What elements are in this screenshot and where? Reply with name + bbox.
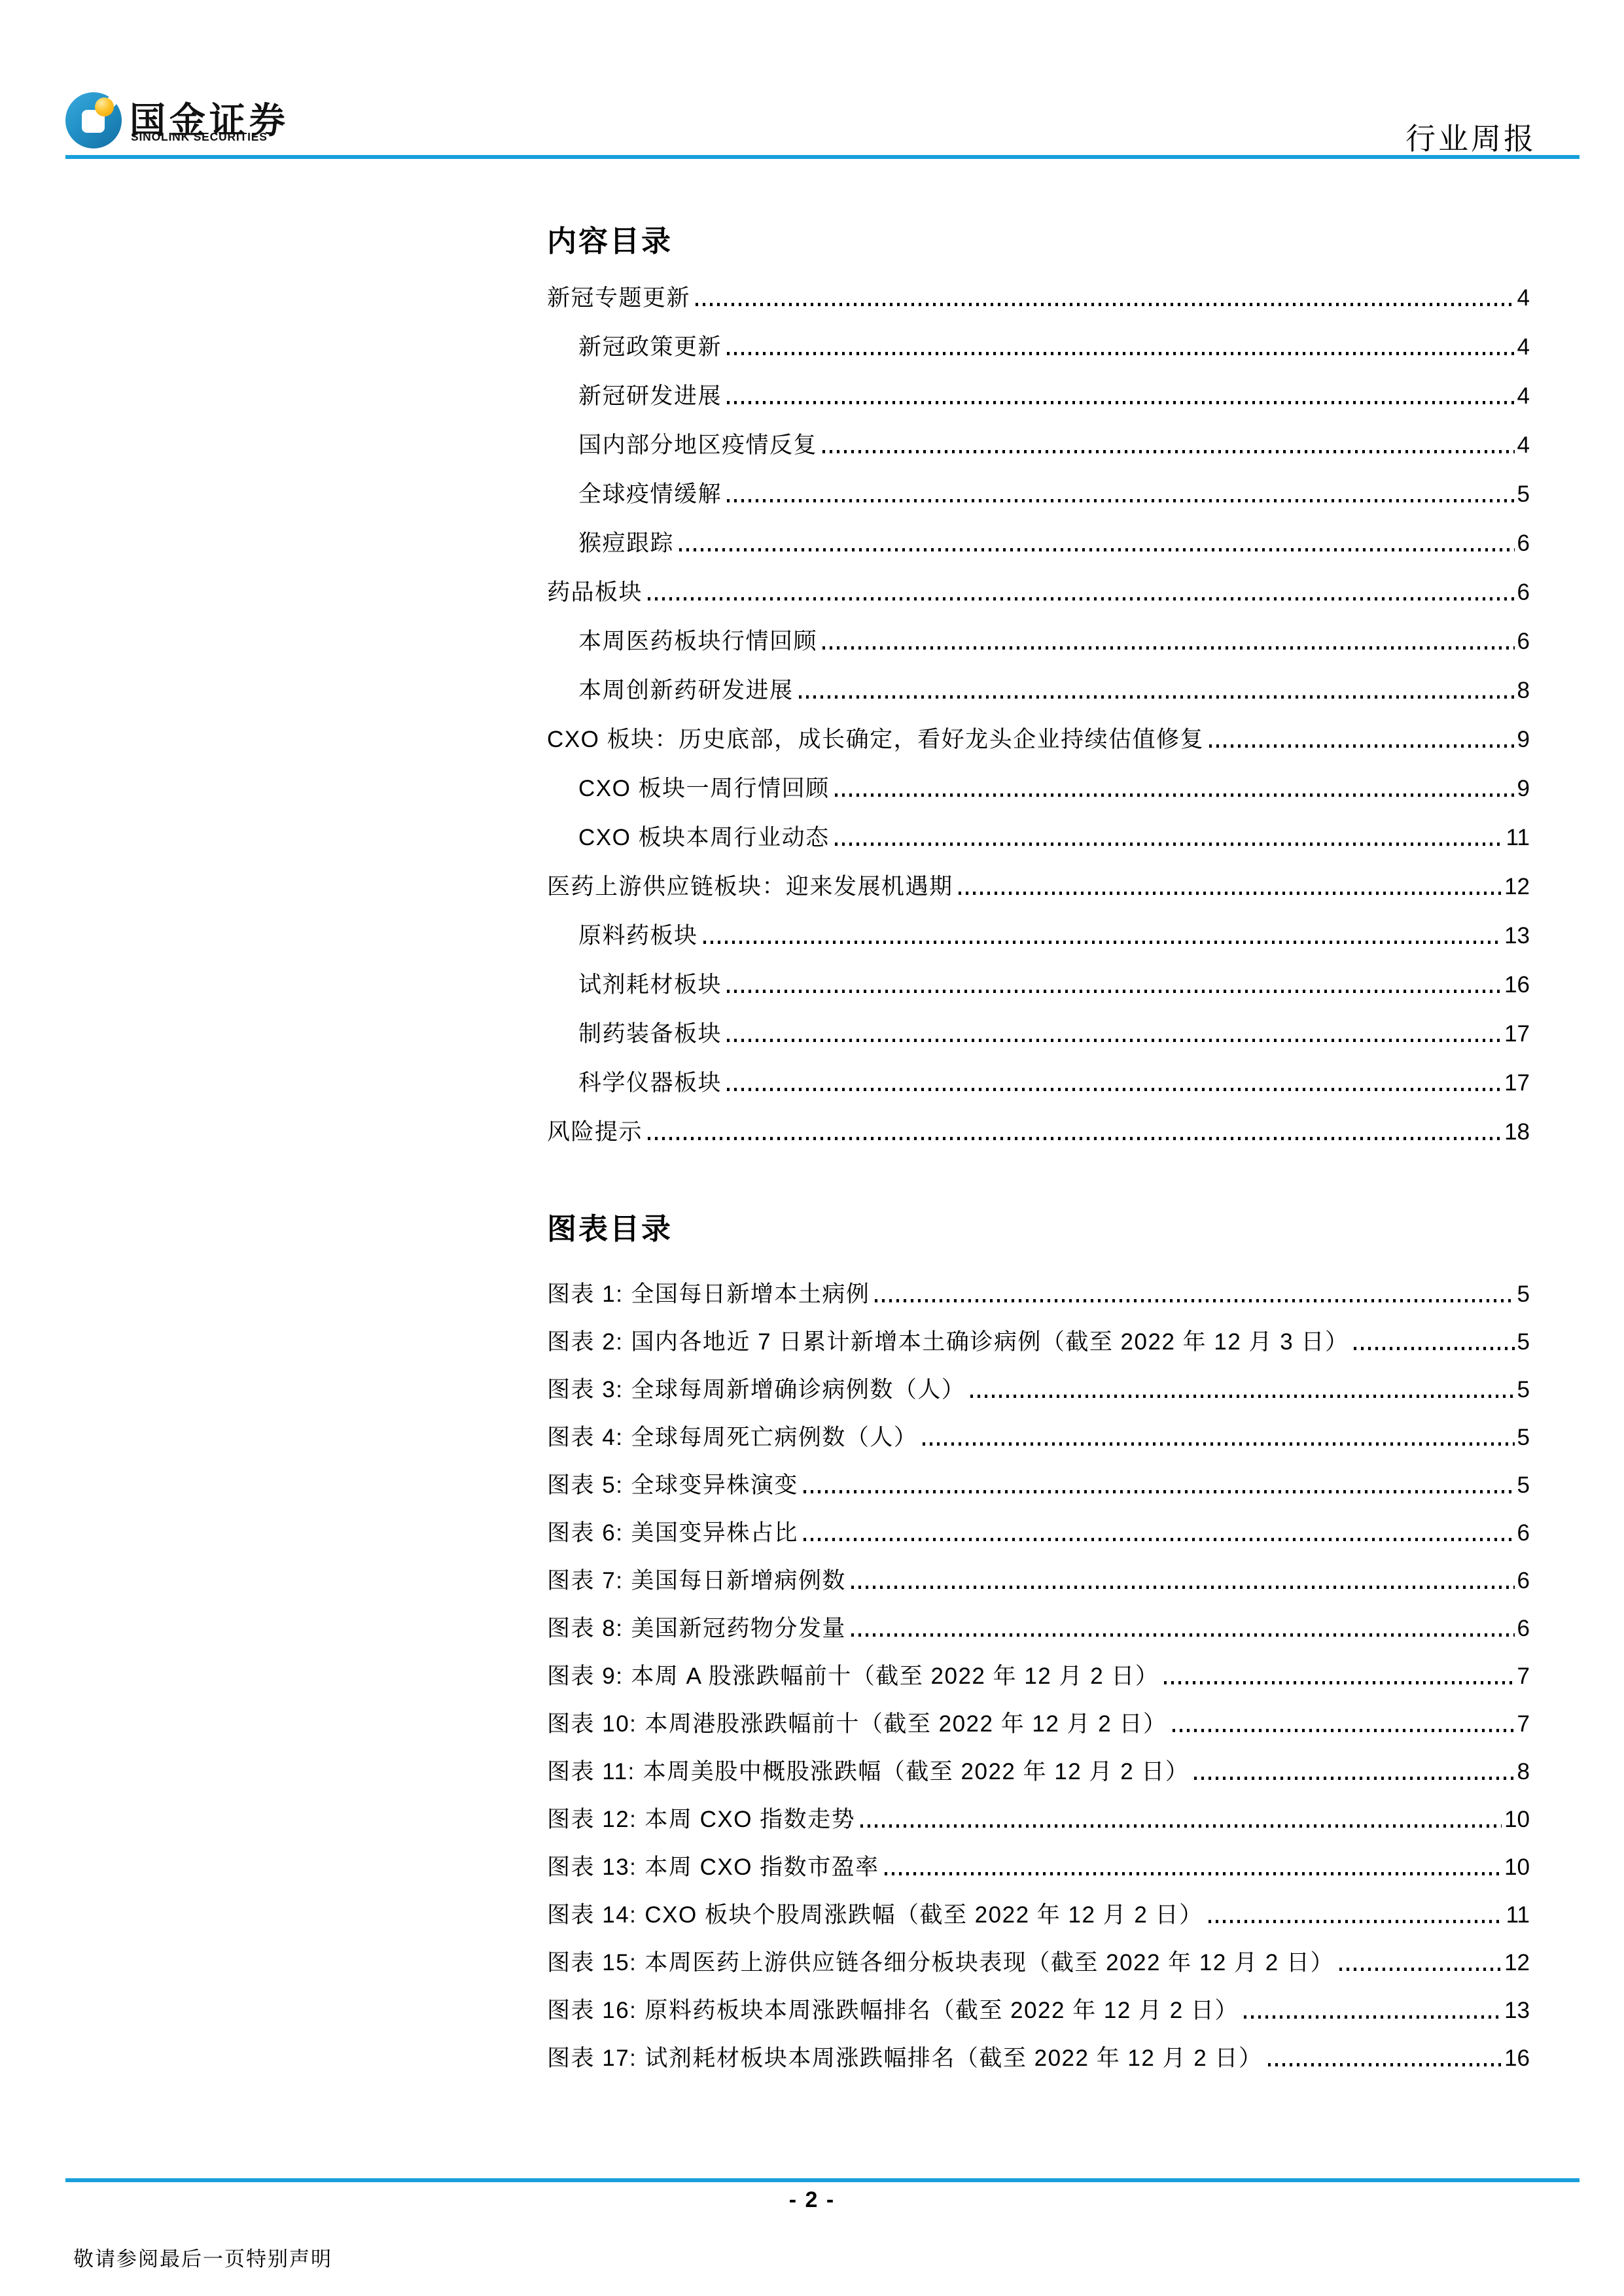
toc-entry[interactable]: CXO 板块本周行业动态 11 [547,801,1530,850]
toc-entry-page: 18 [1504,1120,1530,1145]
toc-entry[interactable]: 试剂耗材板块 16 [547,948,1530,998]
figure-entry-page: 16 [1504,2046,1530,2072]
figure-entry[interactable]: 图表 9: 本周 A 股涨跌幅前十（截至 2022 年 12 月 2 日） 7 [547,1641,1530,1689]
figure-entry-page: 6 [1517,1616,1530,1642]
figure-entry-page: 5 [1517,1378,1530,1403]
toc-entry[interactable]: 药品板块 6 [547,556,1530,605]
toc-entry-title: 本周医药板块行情回顾 [578,629,817,655]
toc-entry-title: 医药上游供应链板块：迎来发展机遇期 [547,875,953,900]
toc-entry-page: 4 [1517,384,1530,409]
toc-entry-title: 制药装备板块 [578,1022,722,1047]
figure-entry[interactable]: 图表 14: CXO 板块个股周涨跌幅（截至 2022 年 12 月 2 日） … [547,1880,1530,1928]
figure-entry[interactable]: 图表 17: 试剂耗材板块本周涨跌幅排名（截至 2022 年 12 月 2 日）… [547,2023,1530,2071]
figure-entry-title: CXO 板块个股周涨跌幅（截至 2022 年 12 月 2 日） [644,1903,1203,1928]
toc-entry-title: 本周创新药研发进展 [578,678,794,704]
figure-entry-page: 7 [1517,1712,1530,1737]
figure-entry-page: 6 [1517,1521,1530,1546]
toc-entry-title: 全球疫情缓解 [578,482,722,508]
figure-entry-page: 10 [1504,1855,1530,1881]
toc-entry-page: 5 [1517,482,1530,508]
toc-entry[interactable]: 制药装备板块 17 [547,998,1530,1047]
figure-entry-title: 美国变异株占比 [631,1521,798,1546]
figure-entry[interactable]: 图表 7: 美国每日新增病例数 6 [547,1546,1530,1593]
toc-entry-page: 4 [1517,335,1530,360]
dotted-leader [822,450,1515,453]
toc-entry[interactable]: 医药上游供应链板块：迎来发展机遇期 12 [547,850,1530,899]
header-divider [65,155,1580,159]
dotted-leader [970,1395,1514,1398]
report-type-label: 行业周报 [1405,115,1536,158]
dotted-leader [727,1088,1502,1091]
figure-entry-title: 本周美股中概股涨跌幅（截至 2022 年 12 月 2 日） [643,1760,1190,1785]
toc-entry-title: 新冠研发进展 [578,384,722,409]
dotted-leader [1209,744,1514,748]
dotted-leader [727,401,1515,404]
contents-heading: 内容目录 [547,217,673,260]
dotted-leader [1354,1347,1514,1350]
figure-entry-label: 图表 10: [547,1712,637,1737]
figure-entry-label: 图表 16: [547,1998,637,2024]
figure-entry-label: 图表 8: [547,1616,623,1642]
figure-entry-label: 图表 4: [547,1425,623,1451]
dotted-leader [803,1490,1515,1493]
dotted-leader [648,597,1515,600]
figures-list: 图表 1: 全国每日新增本土病例 5 图表 2: 国内各地近 7 日累计新增本土… [547,1259,1530,2071]
figure-entry-page: 10 [1504,1807,1530,1833]
dotted-leader [799,695,1515,699]
figure-entry-label: 图表 5: [547,1473,623,1499]
dotted-leader [851,1586,1515,1589]
toc-entry-page: 6 [1517,580,1530,606]
dotted-leader [803,1538,1515,1541]
figure-entry-label: 图表 14: [547,1903,637,1928]
figure-entry-title: 本周 CXO 指数走势 [644,1807,855,1833]
figure-entry-page: 13 [1504,1998,1530,2024]
figure-entry-label: 图表 9: [547,1664,623,1690]
toc-entry-page: 4 [1517,286,1530,311]
dotted-leader [860,1824,1502,1828]
figure-entry-label: 图表 13: [547,1855,637,1881]
toc-entry-title: 新冠政策更新 [578,335,722,360]
figure-entry-label: 图表 17: [547,2046,637,2072]
dotted-leader [923,1442,1514,1446]
toc-entry[interactable]: 风险提示 18 [547,1096,1530,1145]
figure-entry-title: 本周 CXO 指数市盈率 [644,1855,879,1881]
figure-entry[interactable]: 图表 3: 全球每周新增确诊病例数（人） 5 [547,1355,1530,1402]
footer-divider [65,2178,1580,2182]
toc-list: 新冠专题更新 4 新冠政策更新 4 新冠研发进展 4 国内部分地区疫情反复 4 … [547,262,1530,1145]
figure-entry-page: 5 [1517,1330,1530,1355]
figure-entry[interactable]: 图表 4: 全球每周死亡病例数（人） 5 [547,1402,1530,1450]
toc-entry[interactable]: 科学仪器板块 17 [547,1047,1530,1096]
sinolink-logo-icon [65,92,122,148]
dotted-leader [1194,1777,1514,1780]
toc-entry[interactable]: 国内部分地区疫情反复 4 [547,409,1530,458]
figure-entry-title: 全国每日新增本土病例 [631,1282,870,1308]
toc-entry[interactable]: 本周医药板块行情回顾 6 [547,605,1530,654]
toc-entry-title: 试剂耗材板块 [578,973,722,998]
dotted-leader [1339,1968,1502,1971]
figure-entry-title: 美国每日新增病例数 [631,1569,846,1594]
dotted-leader [959,892,1502,895]
figure-entry-label: 图表 11: [547,1760,635,1785]
dotted-leader [727,1039,1502,1042]
figure-entry[interactable]: 图表 16: 原料药板块本周涨跌幅排名（截至 2022 年 12 月 2 日） … [547,1975,1530,2023]
toc-entry-title: CXO 板块一周行情回顾 [578,776,830,802]
figure-entry-title: 国内各地近 7 日累计新增本土确诊病例（截至 2022 年 12 月 3 日） [631,1330,1349,1355]
dotted-leader [822,646,1515,650]
dotted-leader [1173,1729,1515,1732]
dotted-leader [1244,2015,1502,2019]
figure-entry-label: 图表 6: [547,1521,623,1546]
toc-entry-title: 风险提示 [547,1120,643,1145]
figure-entry-title: 全球每周新增确诊病例数（人） [631,1378,965,1403]
dotted-leader [1268,2063,1502,2066]
toc-entry-title: CXO 板块本周行业动态 [578,826,830,851]
dotted-leader [727,990,1502,993]
toc-entry[interactable]: 全球疫情缓解 5 [547,458,1530,507]
figure-entry-label: 图表 2: [547,1330,623,1355]
toc-entry-page: 9 [1517,776,1530,802]
dotted-leader [703,941,1502,944]
figure-entry[interactable]: 图表 8: 美国新冠药物分发量 6 [547,1593,1530,1641]
toc-entry-title: 药品板块 [547,580,643,606]
figure-entry-label: 图表 15: [547,1951,637,1976]
figure-entry-page: 12 [1504,1951,1530,1976]
toc-entry[interactable]: CXO 板块：历史底部，成长确定，看好龙头企业持续估值修复 9 [547,703,1530,752]
toc-entry[interactable]: 新冠研发进展 4 [547,360,1530,409]
figure-entry-page: 7 [1517,1664,1530,1690]
dotted-leader [835,793,1515,797]
toc-entry[interactable]: 新冠专题更新 4 [547,262,1530,311]
dotted-leader [875,1299,1514,1302]
figures-heading: 图表目录 [547,1205,673,1247]
figure-entry-label: 图表 1: [547,1282,623,1308]
toc-entry-page: 11 [1506,826,1530,851]
toc-entry-page: 16 [1504,973,1530,998]
dotted-leader [885,1872,1502,1875]
figure-entry[interactable]: 图表 10: 本周港股涨跌幅前十（截至 2022 年 12 月 2 日） 7 [547,1689,1530,1737]
figure-entry[interactable]: 图表 1: 全国每日新增本土病例 5 [547,1259,1530,1307]
logo-name-en: SINOLINK SECURITIES [131,130,268,144]
page-number-label: - 2 - [0,2187,1624,2213]
figure-entry[interactable]: 图表 11: 本周美股中概股涨跌幅（截至 2022 年 12 月 2 日） 8 [547,1737,1530,1784]
figure-entry[interactable]: 图表 6: 美国变异株占比 6 [547,1498,1530,1546]
figure-entry-title: 试剂耗材板块本周涨跌幅排名（截至 2022 年 12 月 2 日） [644,2046,1262,2072]
figure-entry-page: 5 [1517,1473,1530,1499]
figure-entry[interactable]: 图表 15: 本周医药上游供应链各细分板块表现（截至 2022 年 12 月 2… [547,1928,1530,1975]
figure-entry-title: 本周 A 股涨跌幅前十（截至 2022 年 12 月 2 日） [631,1664,1159,1690]
figure-entry-title: 原料药板块本周涨跌幅排名（截至 2022 年 12 月 2 日） [644,1998,1239,2024]
dotted-leader [727,499,1515,502]
figure-entry-title: 美国新冠药物分发量 [631,1616,846,1642]
figure-entry-title: 全球每周死亡病例数（人） [631,1425,917,1451]
dotted-leader [1164,1681,1514,1684]
footer-disclaimer: 敬请参阅最后一页特别声明 [73,2242,332,2272]
toc-entry[interactable]: 猴痘跟踪 6 [547,507,1530,556]
figure-entry-title: 全球变异株演变 [631,1473,798,1499]
figure-entry-title: 本周医药上游供应链各细分板块表现（截至 2022 年 12 月 2 日） [644,1951,1334,1976]
dotted-leader [835,843,1504,846]
toc-entry-title: 新冠专题更新 [547,286,690,311]
dotted-leader [679,548,1515,551]
toc-entry-page: 8 [1517,678,1530,704]
toc-entry[interactable]: 原料药板块 13 [547,899,1530,948]
toc-entry-title: 科学仪器板块 [578,1071,722,1096]
figure-entry-page: 5 [1517,1425,1530,1451]
toc-entry[interactable]: 新冠政策更新 4 [547,311,1530,360]
figure-entry-page: 11 [1506,1903,1530,1928]
figure-entry-label: 图表 7: [547,1569,623,1594]
toc-entry-page: 4 [1517,433,1530,459]
figure-entry-label: 图表 3: [547,1378,623,1403]
toc-entry-page: 12 [1504,875,1530,900]
figure-entry[interactable]: 图表 13: 本周 CXO 指数市盈率 10 [547,1832,1530,1880]
figure-entry-label: 图表 12: [547,1807,637,1833]
figure-entry[interactable]: 图表 2: 国内各地近 7 日累计新增本土确诊病例（截至 2022 年 12 月… [547,1307,1530,1355]
toc-entry-title: 原料药板块 [578,924,698,949]
toc-entry-title: CXO 板块：历史底部，成长确定，看好龙头企业持续估值修复 [547,727,1204,753]
dotted-leader [727,352,1515,355]
figure-entry-title: 本周港股涨跌幅前十（截至 2022 年 12 月 2 日） [644,1712,1167,1737]
figure-entry[interactable]: 图表 5: 全球变异株演变 5 [547,1450,1530,1498]
figure-entry-page: 8 [1517,1760,1530,1785]
toc-entry[interactable]: CXO 板块一周行情回顾 9 [547,752,1530,801]
toc-entry-page: 17 [1504,1071,1530,1096]
dotted-leader [648,1137,1502,1140]
dotted-leader [696,303,1515,306]
dotted-leader [1209,1920,1504,1923]
logo-ball-shape [95,97,114,116]
toc-entry-page: 17 [1504,1022,1530,1047]
report-page: 国金证券 SINOLINK SECURITIES 行业周报 内容目录 新冠专题更… [0,0,1624,2296]
toc-entry-page: 6 [1517,531,1530,557]
toc-entry[interactable]: 本周创新药研发进展 8 [547,654,1530,703]
toc-entry-page: 13 [1504,924,1530,949]
figure-entry[interactable]: 图表 12: 本周 CXO 指数走势 10 [547,1784,1530,1832]
figure-entry-page: 5 [1517,1282,1530,1308]
toc-entry-title: 国内部分地区疫情反复 [578,433,817,459]
dotted-leader [851,1633,1515,1637]
toc-entry-title: 猴痘跟踪 [578,531,674,557]
toc-entry-page: 9 [1517,727,1530,753]
toc-entry-page: 6 [1517,629,1530,655]
figure-entry-page: 6 [1517,1569,1530,1594]
